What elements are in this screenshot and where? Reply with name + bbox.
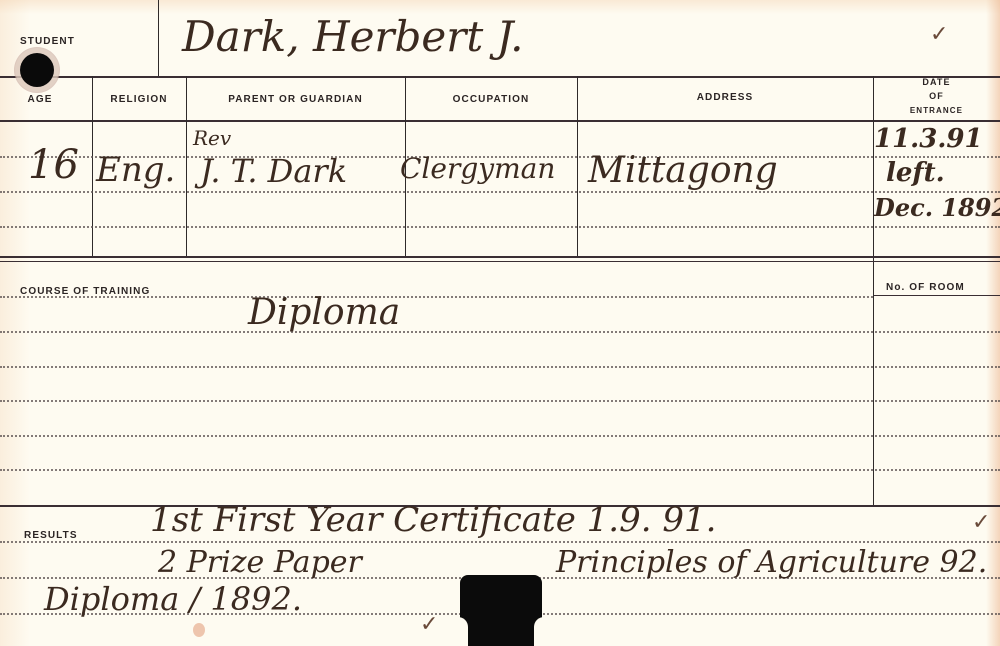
- record-dotted-rule: [0, 226, 1000, 228]
- training-dotted-rule: [0, 435, 1000, 437]
- left-date-value: Dec. 1892: [874, 193, 1000, 222]
- column-divider-occupation: [577, 76, 578, 257]
- results-check-mark: ✓: [972, 510, 990, 535]
- column-header-date-line3: ENTRANCE: [873, 106, 1000, 115]
- column-header-address: ADDRESS: [577, 92, 873, 103]
- room-header-rule: [874, 295, 1000, 296]
- training-dotted-rule: [0, 400, 1000, 402]
- paper-stain: [193, 623, 205, 637]
- address-value: Mittagong: [588, 150, 778, 191]
- student-record-card: STUDENT Dark, Herbert J. ✓ AGE RELIGION …: [0, 0, 1000, 646]
- column-header-occupation: OCCUPATION: [405, 94, 577, 105]
- results-dotted-rule: [0, 541, 1000, 543]
- top-check-mark: ✓: [930, 22, 948, 47]
- record-bottom-rule: [0, 256, 1000, 258]
- results-label: RESULTS: [24, 530, 78, 541]
- training-dotted-rule: [0, 469, 1000, 471]
- column-header-religion: RELIGION: [92, 94, 186, 105]
- room-number-label: No. OF ROOM: [886, 282, 965, 293]
- student-label: STUDENT: [20, 36, 75, 47]
- parent-prefix: Rev: [193, 126, 231, 150]
- results-line-1: 1st First Year Certificate 1.9. 91.: [150, 500, 716, 540]
- age-value: 16: [28, 142, 79, 188]
- header-top-rule: [0, 76, 1000, 78]
- column-header-date-line1: DATE: [873, 77, 1000, 87]
- training-top-rule: [0, 261, 1000, 262]
- column-header-parent: PARENT OR GUARDIAN: [186, 94, 405, 105]
- record-dotted-rule: [0, 191, 1000, 193]
- occupation-value: Clergyman: [400, 152, 555, 185]
- header-bottom-rule: [0, 120, 1000, 122]
- column-header-date-line2: OF: [873, 91, 1000, 101]
- religion-value: Eng.: [96, 150, 175, 190]
- training-dotted-rule: [0, 366, 1000, 368]
- student-label-divider: [158, 0, 159, 76]
- course-of-training-label: COURSE OF TRAINING: [20, 286, 150, 297]
- column-header-age: AGE: [0, 94, 80, 105]
- results-line-2-right: Principles of Agriculture 92.: [556, 545, 987, 580]
- parent-value: J. T. Dark: [200, 152, 347, 190]
- left-label: left.: [886, 158, 945, 188]
- bottom-check-mark: ✓: [420, 612, 438, 637]
- entrance-date-value: 11.3.91: [874, 124, 983, 154]
- index-tab-notch: [460, 575, 542, 646]
- results-line-2-left: 2 Prize Paper: [158, 545, 362, 580]
- punch-hole: [20, 53, 54, 87]
- results-line-3: Diploma / 1892.: [44, 580, 302, 618]
- training-dotted-rule: [0, 331, 1000, 333]
- course-of-training-value: Diploma: [248, 292, 400, 333]
- student-name: Dark, Herbert J.: [182, 12, 523, 61]
